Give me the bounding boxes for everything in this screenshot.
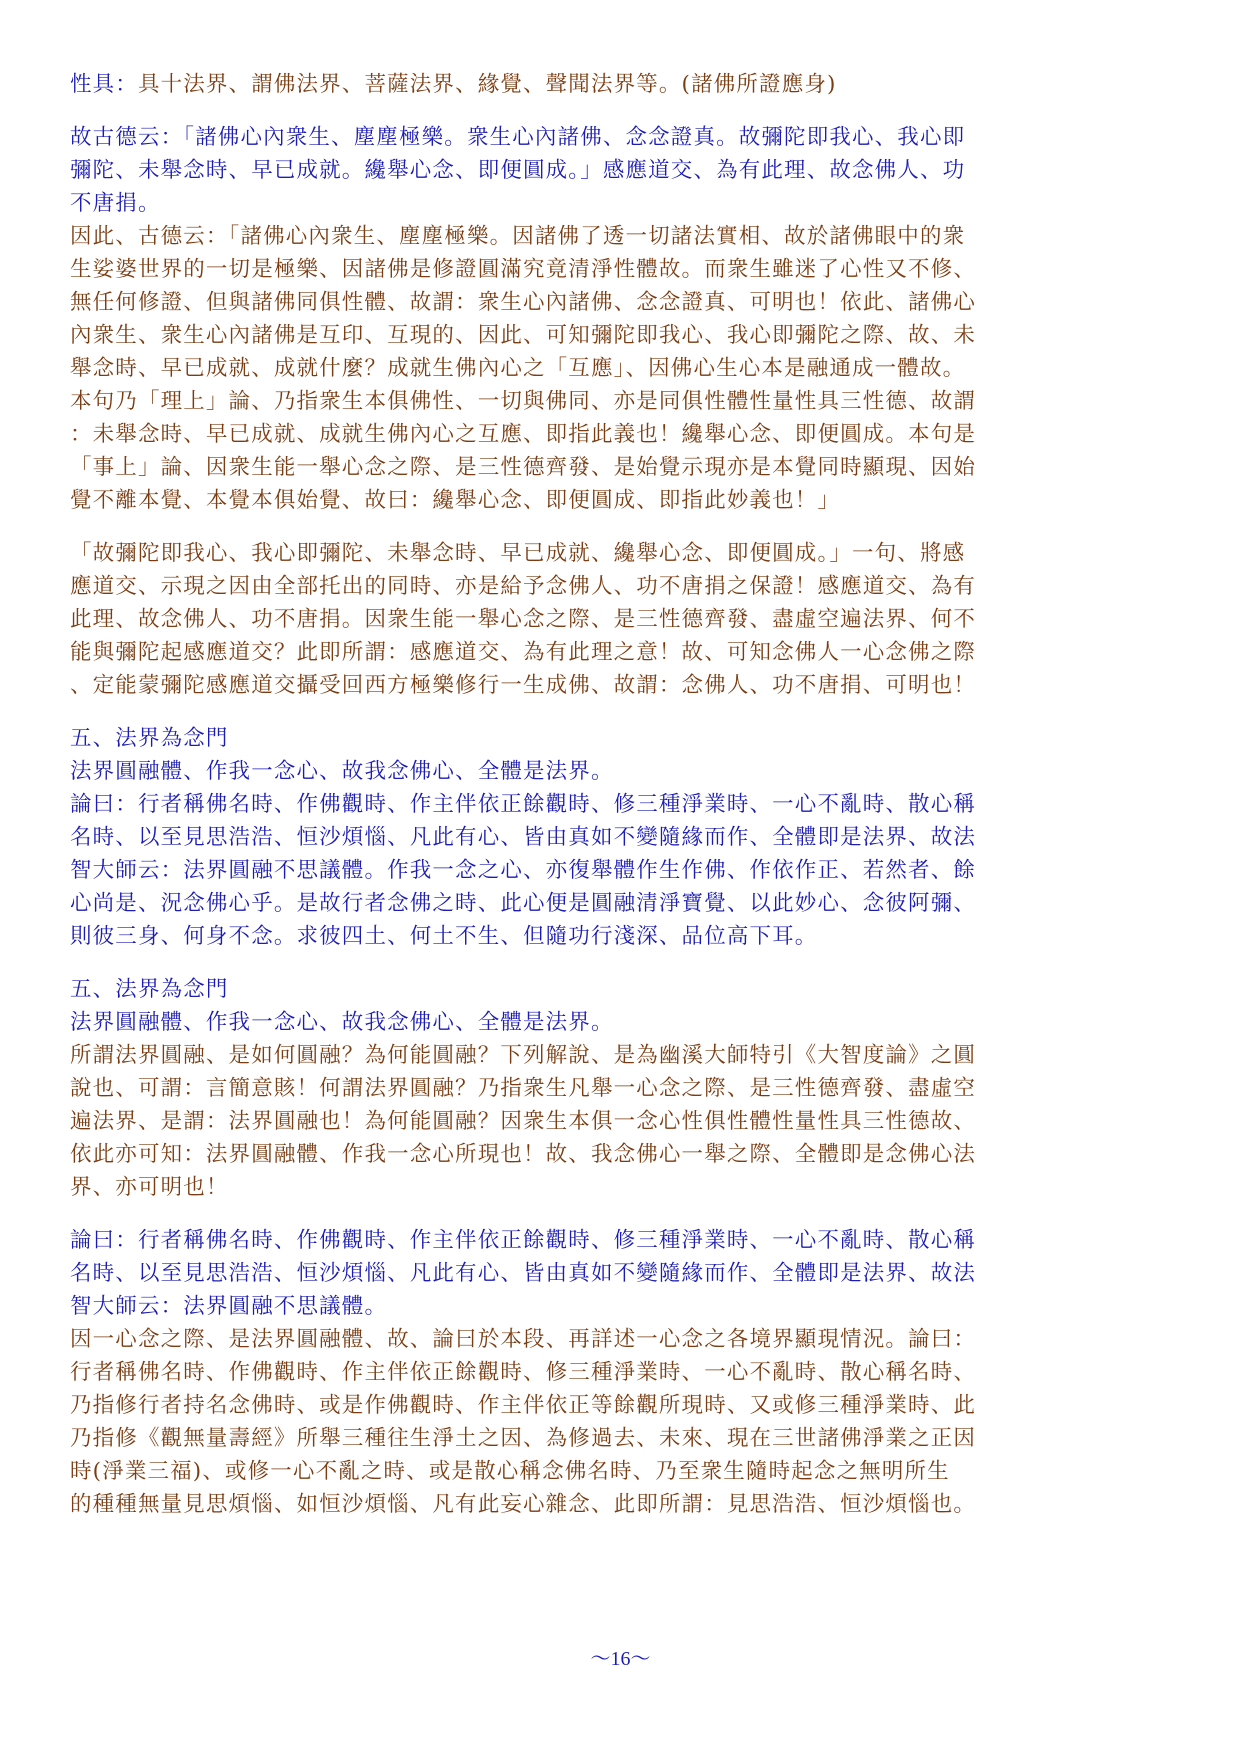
text-line: 因一心念之際、是法界圓融體、故、論曰於本段、再詳述一心念之各境界顯現情況。論曰： [70, 1323, 1170, 1356]
text-line: 行者稱佛名時、作佛觀時、作主伴依正餘觀時、修三種淨業時、一心不亂時、散心稱名時、 [70, 1356, 1170, 1389]
text-line: 界、亦可明也！ [70, 1171, 1170, 1204]
paragraph-commentary-1: 因此、古德云：「諸佛心內衆生、塵塵極樂。因諸佛了透一切諸法實相、故於諸佛眼中的衆… [70, 220, 1170, 517]
text-line: 因此、古德云：「諸佛心內衆生、塵塵極樂。因諸佛了透一切諸法實相、故於諸佛眼中的衆 [70, 220, 1170, 253]
text-line: 心尚是、況念佛心乎。是故行者念佛之時、此心便是圓融清淨寶覺、以此妙心、念彼阿彌、 [70, 887, 1170, 920]
text-line: 時(淨業三福)、或修一心不亂之時、或是散心稱念佛名時、乃至衆生隨時起念之無明所生 [70, 1455, 1170, 1488]
text-line: 舉念時、早已成就、成就什麼？成就生佛內心之「互應」、因佛心生心本是融通成一體故。 [70, 352, 1170, 385]
text-line: 不唐捐。 [70, 187, 1170, 220]
text-line: 則彼三身、何身不念。求彼四土、何土不生、但隨功行淺深、品位高下耳。 [70, 920, 1170, 953]
text-line: 本句乃「理上」論、乃指衆生本俱佛性、一切與佛同、亦是同俱性體性量性具三性德、故謂 [70, 385, 1170, 418]
text-line: 乃指修行者持名念佛時、或是作佛觀時、作主伴依正等餘觀所現時、又或修三種淨業時、此 [70, 1389, 1170, 1422]
text-line: 乃指修《觀無量壽經》所舉三種往生淨土之因、為修過去、未來、現在三世諸佛淨業之正因 [70, 1422, 1170, 1455]
text-line: 依此亦可知：法界圓融體、作我一念心所現也！故、我念佛心一舉之際、全體即是念佛心法 [70, 1138, 1170, 1171]
text-line: 無任何修證、但與諸佛同俱性體、故謂：衆生心內諸佛、念念證真、可明也！依此、諸佛心 [70, 286, 1170, 319]
text-line: 名時、以至見思浩浩、恒沙煩惱、凡此有心、皆由真如不變隨緣而作、全體即是法界、故法 [70, 821, 1170, 854]
text-line: 法界圓融體、作我一念心、故我念佛心、全體是法界。 [70, 1006, 1170, 1039]
text-line: 性具：具十法界、謂佛法界、菩薩法界、緣覺、聲聞法界等。(諸佛所證應身) [70, 68, 1170, 101]
text-line: 能與彌陀起感應道交？此即所謂：感應道交、為有此理之意！故、可知念佛人一心念佛之際 [70, 636, 1170, 669]
page-number: ～16～ [0, 1642, 1241, 1671]
text-line: 智大師云：法界圓融不思議體。作我一念之心、亦復舉體作生作佛、作依作正、若然者、餘 [70, 854, 1170, 887]
text-line: 的種種無量見思煩惱、如恒沙煩惱、凡有此妄心雜念、此即所謂：見思浩浩、恒沙煩惱也。 [70, 1488, 1170, 1521]
text-line: 此理、故念佛人、功不唐捐。因衆生能一舉心念之際、是三性德齊發、盡虛空遍法界、何不 [70, 603, 1170, 636]
term-label: 性具： [70, 72, 138, 97]
paragraph-commentary-2: 「故彌陀即我心、我心即彌陀、未舉念時、早已成就、纔舉心念、即便圓成。」一句、將感… [70, 537, 1170, 702]
text-line: 所謂法界圓融、是如何圓融？為何能圓融？下列解說、是為幽溪大師特引《大智度論》之圓 [70, 1039, 1170, 1072]
text-line: 名時、以至見思浩浩、恒沙煩惱、凡此有心、皆由真如不變隨緣而作、全體即是法界、故法 [70, 1257, 1170, 1290]
text-line: 智大師云：法界圓融不思議體。 [70, 1290, 1170, 1323]
text-line: 「事上」論、因衆生能一舉心念之際、是三性德齊發、是始覺示現亦是本覺同時顯現、因始 [70, 451, 1170, 484]
text-line: 論曰：行者稱佛名時、作佛觀時、作主伴依正餘觀時、修三種淨業時、一心不亂時、散心稱 [70, 1224, 1170, 1257]
term-definition: 具十法界、謂佛法界、菩薩法界、緣覺、聲聞法界等。(諸佛所證應身) [138, 72, 837, 97]
text-line: 論曰：行者稱佛名時、作佛觀時、作主伴依正餘觀時、修三種淨業時、一心不亂時、散心稱 [70, 788, 1170, 821]
section-fajie-original: 五、法界為念門 法界圓融體、作我一念心、故我念佛心、全體是法界。 論曰：行者稱佛… [70, 722, 1170, 953]
text-line: 生娑婆世界的一切是極樂、因諸佛是修證圓滿究竟清淨性體故。而衆生雖迷了心性又不修、 [70, 253, 1170, 286]
section-lunyue-commentary: 論曰：行者稱佛名時、作佛觀時、作主伴依正餘觀時、修三種淨業時、一心不亂時、散心稱… [70, 1224, 1170, 1521]
paragraph-quote-gude: 故古德云：「諸佛心內衆生、塵塵極樂。衆生心內諸佛、念念證真。故彌陀即我心、我心即… [70, 121, 1170, 220]
text-line: 應道交、示現之因由全部托出的同時、亦是給予念佛人、功不唐捐之保證！感應道交、為有 [70, 570, 1170, 603]
paragraph-xingju: 性具：具十法界、謂佛法界、菩薩法界、緣覺、聲聞法界等。(諸佛所證應身) [70, 68, 1170, 101]
text-line: 法界圓融體、作我一念心、故我念佛心、全體是法界。 [70, 755, 1170, 788]
text-line: 說也、可謂：言簡意賅！何謂法界圓融？乃指衆生凡舉一心念之際、是三性德齊發、盡虛空 [70, 1072, 1170, 1105]
section-heading: 五、法界為念門 [70, 722, 1170, 755]
section-heading: 五、法界為念門 [70, 973, 1170, 1006]
text-line: ：未舉念時、早已成就、成就生佛內心之互應、即指此義也！纔舉心念、即便圓成。本句是 [70, 418, 1170, 451]
text-line: 彌陀、未舉念時、早已成就。纔舉心念、即便圓成。」感應道交、為有此理、故念佛人、功 [70, 154, 1170, 187]
text-line: 覺不離本覺、本覺本俱始覺、故曰：纔舉心念、即便圓成、即指此妙義也！」 [70, 484, 1170, 517]
text-line: 遍法界、是謂：法界圓融也！為何能圓融？因衆生本俱一念心性俱性體性量性具三性德故、 [70, 1105, 1170, 1138]
text-line: 內衆生、衆生心內諸佛是互印、互現的、因此、可知彌陀即我心、我心即彌陀之際、故、未 [70, 319, 1170, 352]
text-line: 、定能蒙彌陀感應道交攝受回西方極樂修行一生成佛、故謂：念佛人、功不唐捐、可明也！ [70, 669, 1170, 702]
text-line: 「故彌陀即我心、我心即彌陀、未舉念時、早已成就、纔舉心念、即便圓成。」一句、將感 [70, 537, 1170, 570]
document-page: 性具：具十法界、謂佛法界、菩薩法界、緣覺、聲聞法界等。(諸佛所證應身) 故古德云… [70, 68, 1170, 1521]
text-line: 故古德云：「諸佛心內衆生、塵塵極樂。衆生心內諸佛、念念證真。故彌陀即我心、我心即 [70, 121, 1170, 154]
section-fajie-commentary: 五、法界為念門 法界圓融體、作我一念心、故我念佛心、全體是法界。 所謂法界圓融、… [70, 973, 1170, 1204]
